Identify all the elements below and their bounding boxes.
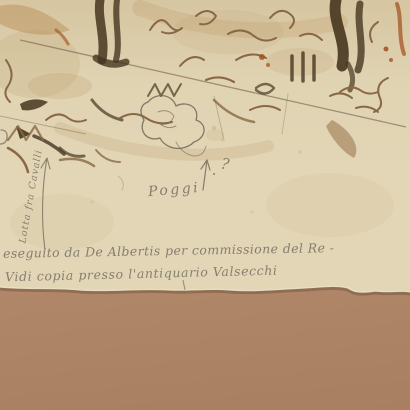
artwork-photo: Lotta fra Cavalli Poggi ? eseguito da De… (0, 0, 410, 410)
drawing-sheet (0, 0, 410, 410)
